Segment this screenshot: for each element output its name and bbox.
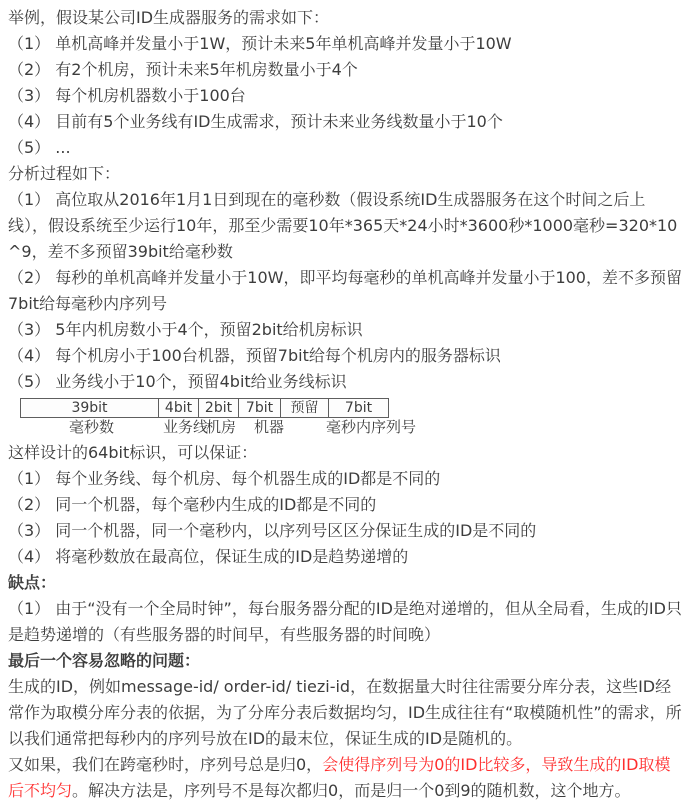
analysis-intro: 分析过程如下： — [8, 161, 683, 187]
analysis-item-2: （2） 每秒的单机高峰并发量小于10W，即平均每毫秒的单机高峰并发量小于100，… — [8, 265, 683, 317]
bit-cell-milliseconds: 39bit — [20, 398, 159, 418]
analysis-item-3: （3） 5年内机房数小于4个，预留2bit给机房标识 — [8, 317, 683, 343]
requirement-item-1: （1） 单机高峰并发量小于1W，预计未来5年单机高峰并发量小于10W — [8, 31, 683, 57]
closing-text-solution: 。解决方法是，序列号不是每次都归0，而是归一个0到9的随机数，这个地方。 — [72, 781, 631, 800]
bit-cell-datacenter: 2bit — [199, 398, 239, 418]
final-issue-closing: 又如果，我们在跨毫秒时，序列号总是归0，会使得序列号为0的ID比较多，导致生成的… — [8, 752, 683, 800]
bit-cell-machine: 7bit — [239, 398, 281, 418]
bit-cell-business-line: 4bit — [159, 398, 199, 418]
requirements-intro: 举例，假设某公司ID生成器服务的需求如下： — [8, 5, 683, 31]
drawback-item-1: （1） 由于“没有一个全局时钟”，每台服务器分配的ID是绝对递增的，但从全局看，… — [8, 596, 683, 648]
requirement-item-2: （2） 有2个机房，预计未来5年机房数量小于4个 — [8, 57, 683, 83]
article-body: 举例，假设某公司ID生成器服务的需求如下： （1） 单机高峰并发量小于1W，预计… — [0, 0, 691, 800]
requirement-item-5: （5） ... — [8, 135, 683, 161]
requirement-item-4: （4） 目前有5个业务线有ID生成需求，预计未来业务线数量小于10个 — [8, 109, 683, 135]
bit-cell-reserved: 预留 — [281, 398, 329, 418]
guarantee-item-2: （2） 同一个机器，每个毫秒内生成的ID都是不同的 — [8, 492, 683, 518]
guarantee-item-4: （4） 将毫秒数放在最高位，保证生成的ID是趋势递增的 — [8, 544, 683, 570]
closing-text-normal: 又如果，我们在跨毫秒时，序列号总是归0， — [8, 755, 322, 774]
analysis-item-1: （1） 高位取从2016年1月1日到现在的毫秒数（假设系统ID生成器服务在这个时… — [8, 187, 683, 265]
bit-allocation-table: 39bit 4bit 2bit 7bit 预留 7bit 毫秒数 业务线 机房 … — [20, 398, 683, 436]
bit-cell-sequence: 7bit — [329, 398, 389, 418]
caption-business-line: 业务线 — [163, 419, 203, 436]
caption-milliseconds: 毫秒数 — [22, 419, 161, 436]
drawbacks-heading: 缺点： — [8, 570, 683, 596]
analysis-item-4: （4） 每个机房小于100台机器，预留7bit给每个机房内的服务器标识 — [8, 343, 683, 369]
analysis-item-5: （5） 业务线小于10个，预留4bit给业务线标识 — [8, 369, 683, 395]
guarantee-item-3: （3） 同一个机器，同一个毫秒内，以序列号区区分保证生成的ID是不同的 — [8, 518, 683, 544]
guarantee-item-1: （1） 每个业务线、每个机房、每个机器生成的ID都是不同的 — [8, 466, 683, 492]
bit-cells-row: 39bit 4bit 2bit 7bit 预留 7bit — [20, 398, 683, 418]
requirement-item-3: （3） 每个机房机器数小于100台 — [8, 83, 683, 109]
guarantees-intro: 这样设计的64bit标识，可以保证： — [8, 440, 683, 466]
bit-captions-row: 毫秒数 业务线 机房 机器 毫秒内序列号 — [20, 419, 683, 436]
caption-machine: 机器 — [248, 419, 290, 436]
caption-sequence: 毫秒内序列号 — [316, 419, 426, 436]
final-issue-body: 生成的ID，例如message-id/ order-id/ tiezi-id，在… — [8, 674, 683, 752]
caption-datacenter: 机房 — [201, 419, 241, 436]
final-issue-heading: 最后一个容易忽略的问题： — [8, 648, 683, 674]
